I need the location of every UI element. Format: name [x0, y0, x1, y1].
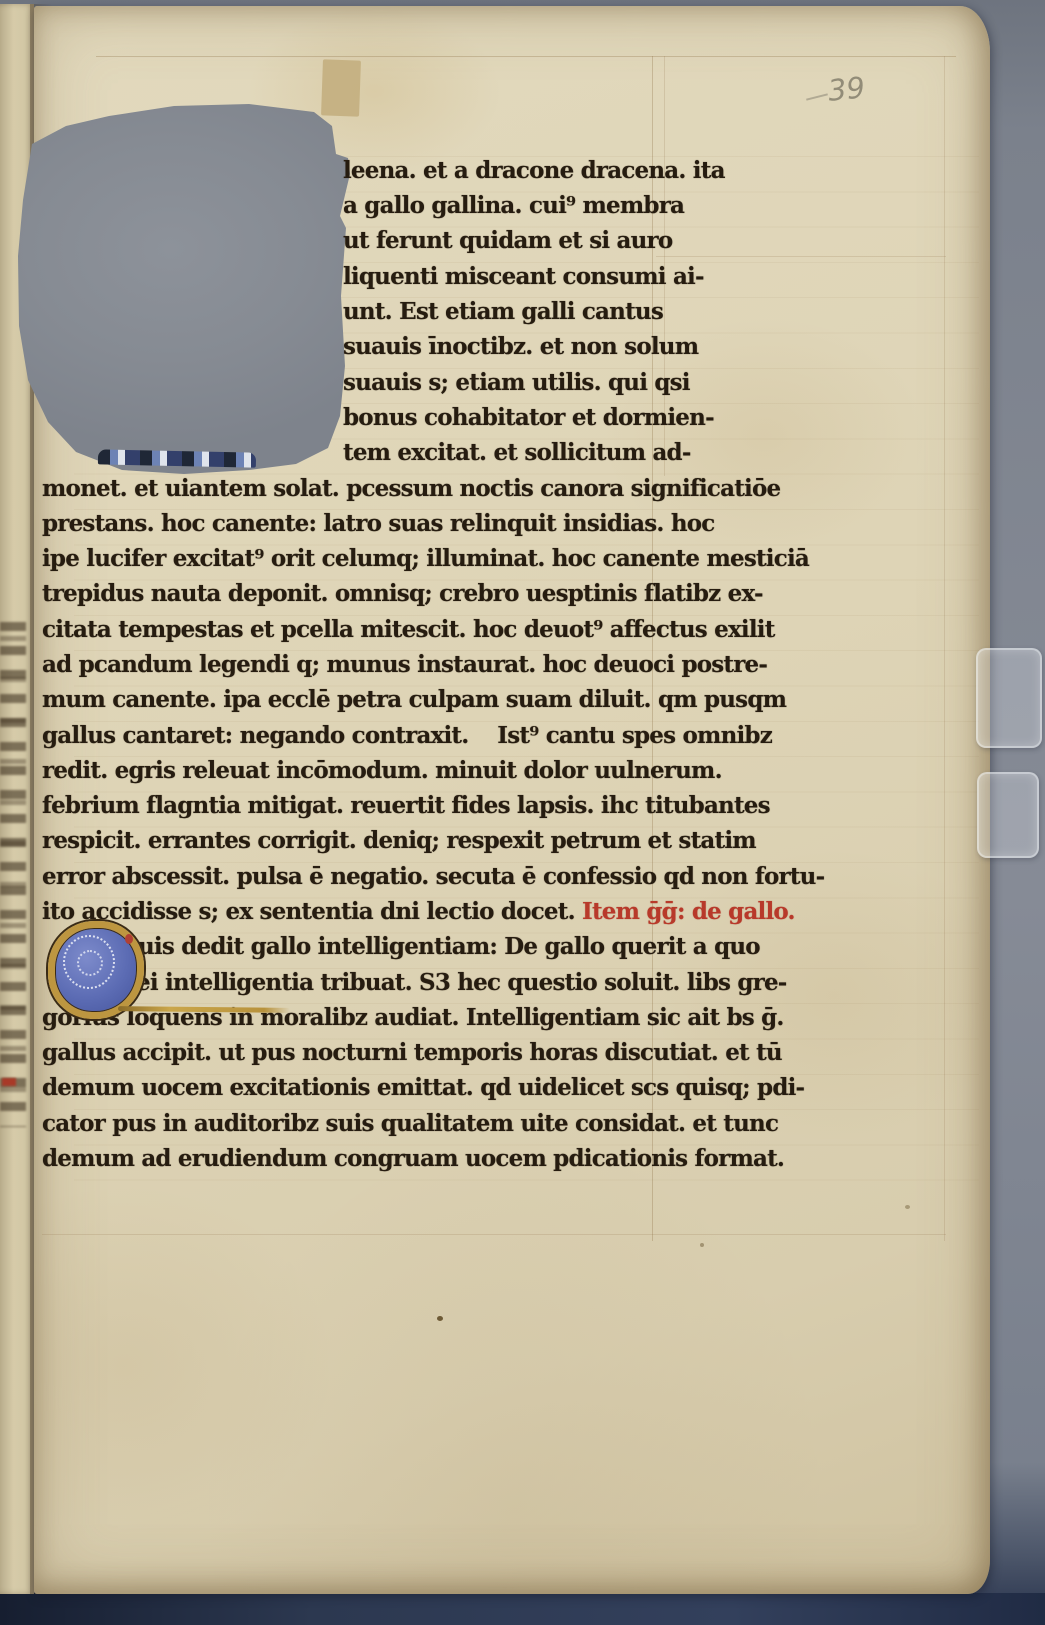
parchment-speck [437, 1316, 443, 1321]
text-line: leena. et a dracone dracena. ita [343, 157, 725, 185]
rubric-text: Item ḡḡ: de gallo. [582, 898, 795, 925]
facing-page-text-fragments [0, 622, 26, 1127]
decorated-initial-q [48, 921, 144, 1019]
text-line: prestans. hoc canente: latro suas relinq… [42, 510, 715, 538]
facing-page-red-fragment [2, 1078, 16, 1086]
excised-miniature-patch [14, 96, 362, 478]
text-line: demum ad erudiendum congruam uocem pdica… [42, 1145, 784, 1173]
text-line: ad pcandum legendi q; munus instaurat. h… [42, 651, 767, 679]
filigree-ornament [77, 950, 103, 976]
text-line: citata tempestas et pcella mitescit. hoc… [42, 616, 775, 644]
text-line: uis dedit gallo intelligentiam: De gallo… [138, 933, 760, 961]
folio-number: 39 [826, 70, 866, 108]
red-fleck [125, 934, 133, 944]
ruling-outer-margin [944, 56, 945, 1241]
page-weight-clip [977, 772, 1039, 858]
text-line: unt. Est etiam galli cantus [343, 298, 663, 326]
text-line: ipe lucifer excitat⁹ orit celumq; illumi… [42, 545, 809, 573]
ruling-mid-horizontal [656, 256, 946, 257]
text-line: gallus cantaret: negando contraxit. Ist⁹… [42, 722, 772, 750]
text-line-with-rubric: ito accidisse s; ex sententia dni lectio… [42, 898, 795, 926]
text-line: mum canente. ipa ecclē petra culpam suam… [42, 686, 786, 714]
text-line: respicit. errantes corrigit. deniq; resp… [42, 827, 756, 855]
text-line: ei intelligentia tribuat. S3 hec questio… [136, 969, 787, 997]
text-line: a gallo gallina. cui⁹ membra [343, 192, 684, 220]
text-line: suauis s; etiam utilis. qui qsi [343, 369, 690, 397]
text-line: trepidus nauta deponit. omnisq; crebro u… [42, 580, 763, 608]
text-line: liquenti misceant consumi ai- [343, 263, 704, 291]
ruling-bottom-horizontal [42, 1234, 946, 1235]
text-line: gallus accipit. ut pus nocturni temporis… [42, 1039, 782, 1067]
text-line: febrium flagntia mitigat. reuertit fides… [42, 792, 770, 820]
page-weight-clip [976, 648, 1042, 748]
text-line: redit. egris releuat incōmodum. minuit d… [42, 757, 722, 785]
text-line: demum uocem excitationis emittat. qd uid… [42, 1074, 804, 1102]
ruling-top-horizontal [96, 56, 956, 57]
parchment-speck [905, 1205, 910, 1209]
text-line: bonus cohabitator et dormien- [343, 404, 714, 432]
text-line: monet. et uiantem solat. pcessum noctis … [42, 475, 780, 503]
text-line: suauis īnoctibz. et non solum [343, 333, 698, 361]
tape-stain [321, 59, 361, 116]
parchment-speck [700, 1243, 704, 1247]
text-line: error abscessit. pulsa ē negatio. secuta… [42, 863, 824, 891]
text-line: tem excitat. et sollicitum ad- [343, 439, 691, 467]
text-line: cator pus in auditoribz suis qualitatem … [42, 1110, 778, 1138]
text-line: ut ferunt quidam et si auro [343, 227, 672, 255]
text-line: ito accidisse s; ex sententia dni lectio… [42, 898, 582, 925]
binding-edge [0, 1593, 1045, 1625]
manuscript-photograph: 39 leena. et a dracone dracena. ita a ga… [0, 0, 1045, 1625]
